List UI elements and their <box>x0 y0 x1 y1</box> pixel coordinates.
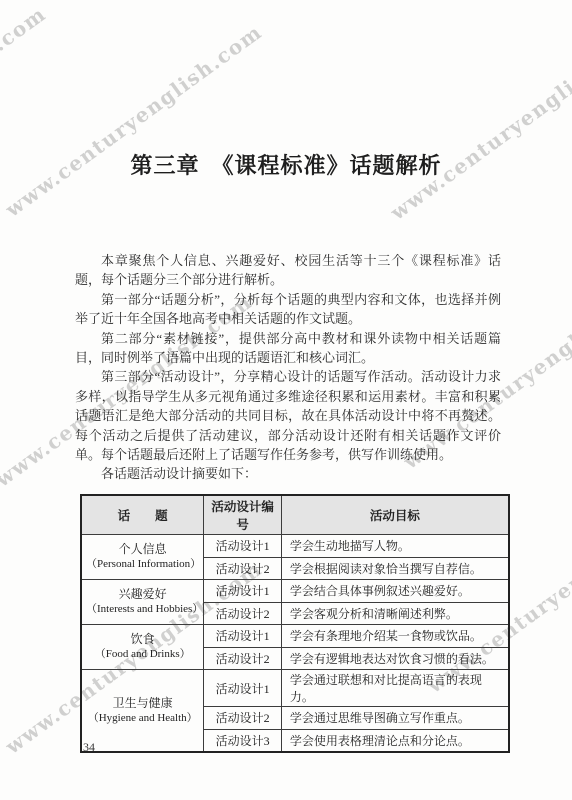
watermark-text: www.centuryenglish.com <box>1 20 267 222</box>
table-row: 兴趣爱好 （Interests and Hobbies） 活动设计1 学会结合具… <box>81 580 509 603</box>
table-row: 卫生与健康 （Hygiene and Health） 活动设计1 学会通过联想和… <box>81 670 509 707</box>
activity-summary-table: 话 题 活动设计编号 活动目标 个人信息 （Personal Informati… <box>80 494 510 753</box>
page-number: 34 <box>83 740 95 755</box>
activity-goal: 学会根据阅读对象恰当撰写自荐信。 <box>281 557 509 580</box>
topic-name-en: （Food and Drinks） <box>86 647 199 662</box>
chapter-title: 第三章 《课程标准》话题解析 <box>0 149 572 180</box>
table-header-row: 话 题 活动设计编号 活动目标 <box>81 495 509 535</box>
table-lead-in: 各话题活动设计摘要如下： <box>75 464 501 483</box>
activity-goal: 学会有逻辑地表达对饮食习惯的看法。 <box>281 647 509 670</box>
chapter-intro: 本章聚焦个人信息、兴趣爱好、校园生活等十三个《课程标准》话题，每个话题分三个部分… <box>75 251 501 484</box>
intro-paragraph: 第一部分“话题分析”，分析每个话题的典型内容和文体，也选择并例举了近十年全国各地… <box>75 290 501 329</box>
topic-cell: 个人信息 （Personal Information） <box>81 535 204 580</box>
activity-goal: 学会通过联想和对比提高语言的表现力。 <box>281 670 509 707</box>
topic-name-en: （Interests and Hobbies） <box>86 602 199 617</box>
activity-code: 活动设计1 <box>204 580 282 603</box>
activity-code: 活动设计2 <box>204 707 282 730</box>
topic-name-en: （Hygiene and Health） <box>86 711 199 726</box>
table-row: 饮食 （Food and Drinks） 活动设计1 学会有条理地介绍某一食物或… <box>81 625 509 648</box>
topic-cell: 卫生与健康 （Hygiene and Health） <box>81 670 204 753</box>
activity-goal: 学会结合具体事例叙述兴趣爱好。 <box>281 580 509 603</box>
topic-name-cn: 饮食 <box>86 632 199 647</box>
intro-paragraph: 第二部分“素材链接”，提供部分高中教材和课外读物中相关话题篇目，同时例举了语篇中… <box>75 329 501 368</box>
activity-goal: 学会有条理地介绍某一食物或饮品。 <box>281 625 509 648</box>
topic-name-en: （Personal Information） <box>86 557 199 572</box>
topic-name-cn: 卫生与健康 <box>86 696 199 711</box>
activity-code: 活动设计1 <box>204 670 282 707</box>
topic-cell: 饮食 （Food and Drinks） <box>81 625 204 670</box>
column-header-activity-code: 活动设计编号 <box>204 495 282 535</box>
activity-goal: 学会使用表格理清论点和分论点。 <box>281 729 509 752</box>
topic-name-cn: 个人信息 <box>86 542 199 557</box>
activity-code: 活动设计2 <box>204 602 282 625</box>
intro-paragraph: 第三部分“活动设计”，分享精心设计的话题写作活动。活动设计力求多样，以指导学生从… <box>75 367 501 464</box>
activity-code: 活动设计1 <box>204 535 282 558</box>
activity-goal: 学会生动地描写人物。 <box>281 535 509 558</box>
activity-code: 活动设计2 <box>204 557 282 580</box>
column-header-activity-goal: 活动目标 <box>281 495 509 535</box>
topic-cell: 兴趣爱好 （Interests and Hobbies） <box>81 580 204 625</box>
activity-goal: 学会客观分析和清晰阐述利弊。 <box>281 602 509 625</box>
activity-code: 活动设计2 <box>204 647 282 670</box>
topic-name-cn: 兴趣爱好 <box>86 587 199 602</box>
book-page: www.centuryenglish.com www.centuryenglis… <box>0 0 572 800</box>
column-header-topic: 话 题 <box>81 495 204 535</box>
table-row: 个人信息 （Personal Information） 活动设计1 学会生动地描… <box>81 535 509 558</box>
activity-code: 活动设计3 <box>204 729 282 752</box>
activity-goal: 学会通过思维导图确立写作重点。 <box>281 707 509 730</box>
watermark-text: www.centuryenglish.com <box>386 23 572 225</box>
activity-code: 活动设计1 <box>204 625 282 648</box>
intro-paragraph: 本章聚焦个人信息、兴趣爱好、校园生活等十三个《课程标准》话题，每个话题分三个部分… <box>75 251 501 290</box>
